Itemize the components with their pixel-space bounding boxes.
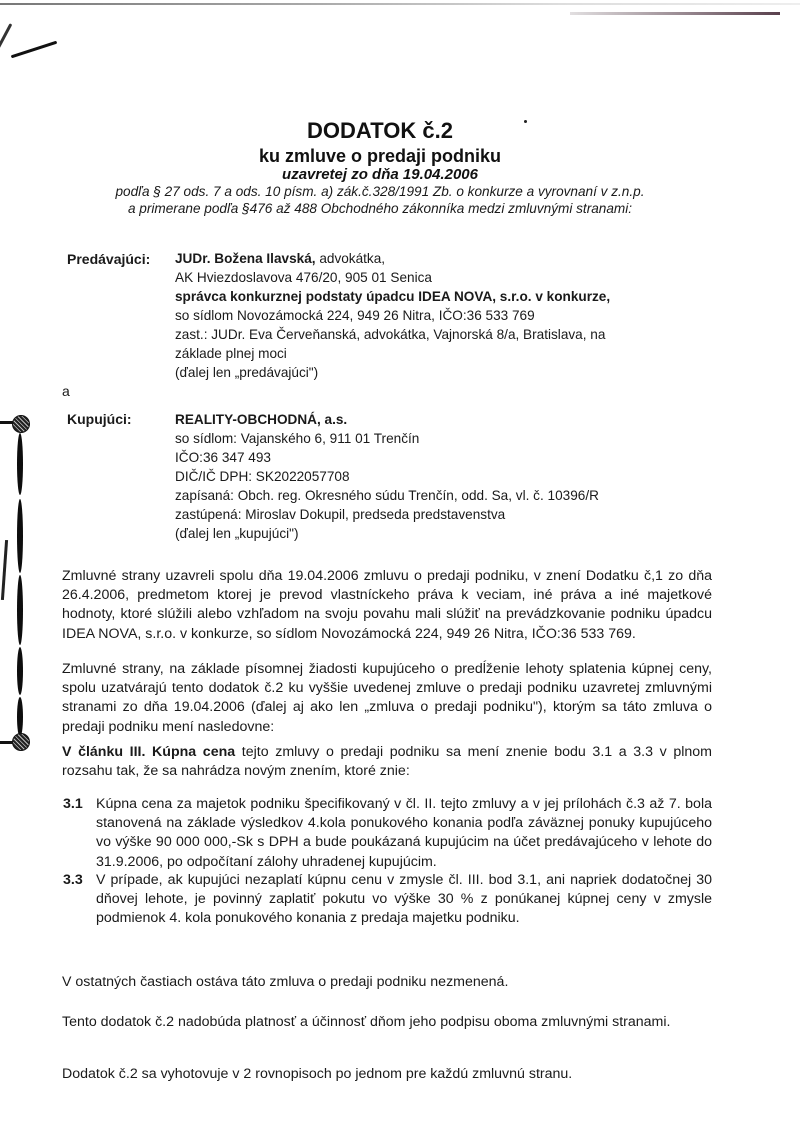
pen-mark (0, 23, 12, 53)
document-subtitle: ku zmluve o predaji podniku (0, 146, 760, 167)
seller-representative-cont: základe plnej moci (175, 344, 715, 363)
seller-representative: zast.: JUDr. Eva Červeňanská, advokátka,… (175, 325, 715, 344)
clause-text: Kúpna cena za majetok podniku špecifikov… (96, 795, 712, 872)
seller-name-line: JUDr. Božena Ilavská, advokátka, (175, 249, 715, 268)
buyer-seat: so sídlom: Vajanského 6, 911 01 Trenčín (175, 429, 715, 448)
buyer-details: REALITY-OBCHODNÁ, a.s. so sídlom: Vajans… (175, 410, 715, 543)
seller-details: JUDr. Božena Ilavská, advokátka, AK Hvie… (175, 249, 715, 382)
seller-profession: advokátka, (316, 251, 386, 266)
buyer-name: REALITY-OBCHODNÁ, a.s. (175, 410, 715, 429)
closing-paragraph: Dodatok č.2 sa vyhotovuje v 2 rovnopisoc… (62, 1065, 712, 1084)
closing-paragraph: V ostatných častiach ostáva táto zmluva … (62, 973, 712, 992)
article-reference: V článku III. Kúpna cena (62, 744, 235, 760)
seller-label: Predávajúci: (67, 251, 150, 267)
clause-number: 3.3 (63, 871, 83, 890)
scan-edge-line (0, 3, 800, 5)
clause-3-1: 3.1 Kúpna cena za majetok podniku špecif… (62, 795, 712, 872)
binding-ring-icon (12, 733, 30, 751)
buyer-representative: zastúpená: Miroslav Dokupil, predseda pr… (175, 505, 715, 524)
binding-stroke (17, 575, 23, 645)
clause-number: 3.1 (63, 795, 83, 814)
document-concluded-date: uzavretej zo dňa 19.04.2006 (0, 166, 760, 183)
binding-stroke (17, 647, 23, 695)
clause-text: V prípade, ak kupujúci nezaplatí kúpnu c… (96, 871, 712, 929)
body-paragraph: Zmluvné strany, na základe písomnej žiad… (62, 660, 712, 737)
seller-seat: so sídlom Novozámocká 224, 949 26 Nitra,… (175, 306, 715, 325)
buyer-registry: zapísaná: Obch. reg. Okresného súdu Tren… (175, 486, 715, 505)
legal-basis-line: a primerane podľa §476 až 488 Obchodného… (0, 201, 760, 216)
seller-role: správca konkurznej podstaty úpadcu IDEA … (175, 287, 715, 306)
binding-stroke (17, 433, 23, 495)
binding-stroke (1, 540, 8, 600)
conjunction: a (62, 383, 70, 399)
closing-paragraph: Tento dodatok č.2 nadobúda platnosť a úč… (62, 1013, 712, 1032)
buyer-dic: DIČ/IČ DPH: SK2022057708 (175, 467, 715, 486)
scan-edge-mark (570, 12, 780, 15)
document-title: DODATOK č.2 (0, 118, 760, 144)
buyer-label: Kupujúci: (67, 411, 132, 427)
clause-3-3: 3.3 V prípade, ak kupujúci nezaplatí kúp… (62, 871, 712, 929)
buyer-ico: IČO:36 347 493 (175, 448, 715, 467)
binding-stroke (17, 697, 23, 737)
binding-holes (0, 415, 40, 745)
legal-basis-line: podľa § 27 ods. 7 a ods. 10 písm. a) zák… (0, 184, 760, 199)
pen-mark (11, 41, 58, 59)
buyer-alias: (ďalej len „kupujúci") (175, 524, 715, 543)
binding-ring-icon (12, 415, 30, 433)
seller-address: AK Hviezdoslavova 476/20, 905 01 Senica (175, 268, 715, 287)
seller-name: JUDr. Božena Ilavská, (175, 251, 316, 266)
body-paragraph: Zmluvné strany uzavreli spolu dňa 19.04.… (62, 567, 712, 644)
seller-alias: (ďalej len „predávajúci") (175, 363, 715, 382)
amendment-intro: V článku III. Kúpna cena tejto zmluvy o … (62, 743, 712, 781)
binding-stroke (17, 499, 23, 573)
